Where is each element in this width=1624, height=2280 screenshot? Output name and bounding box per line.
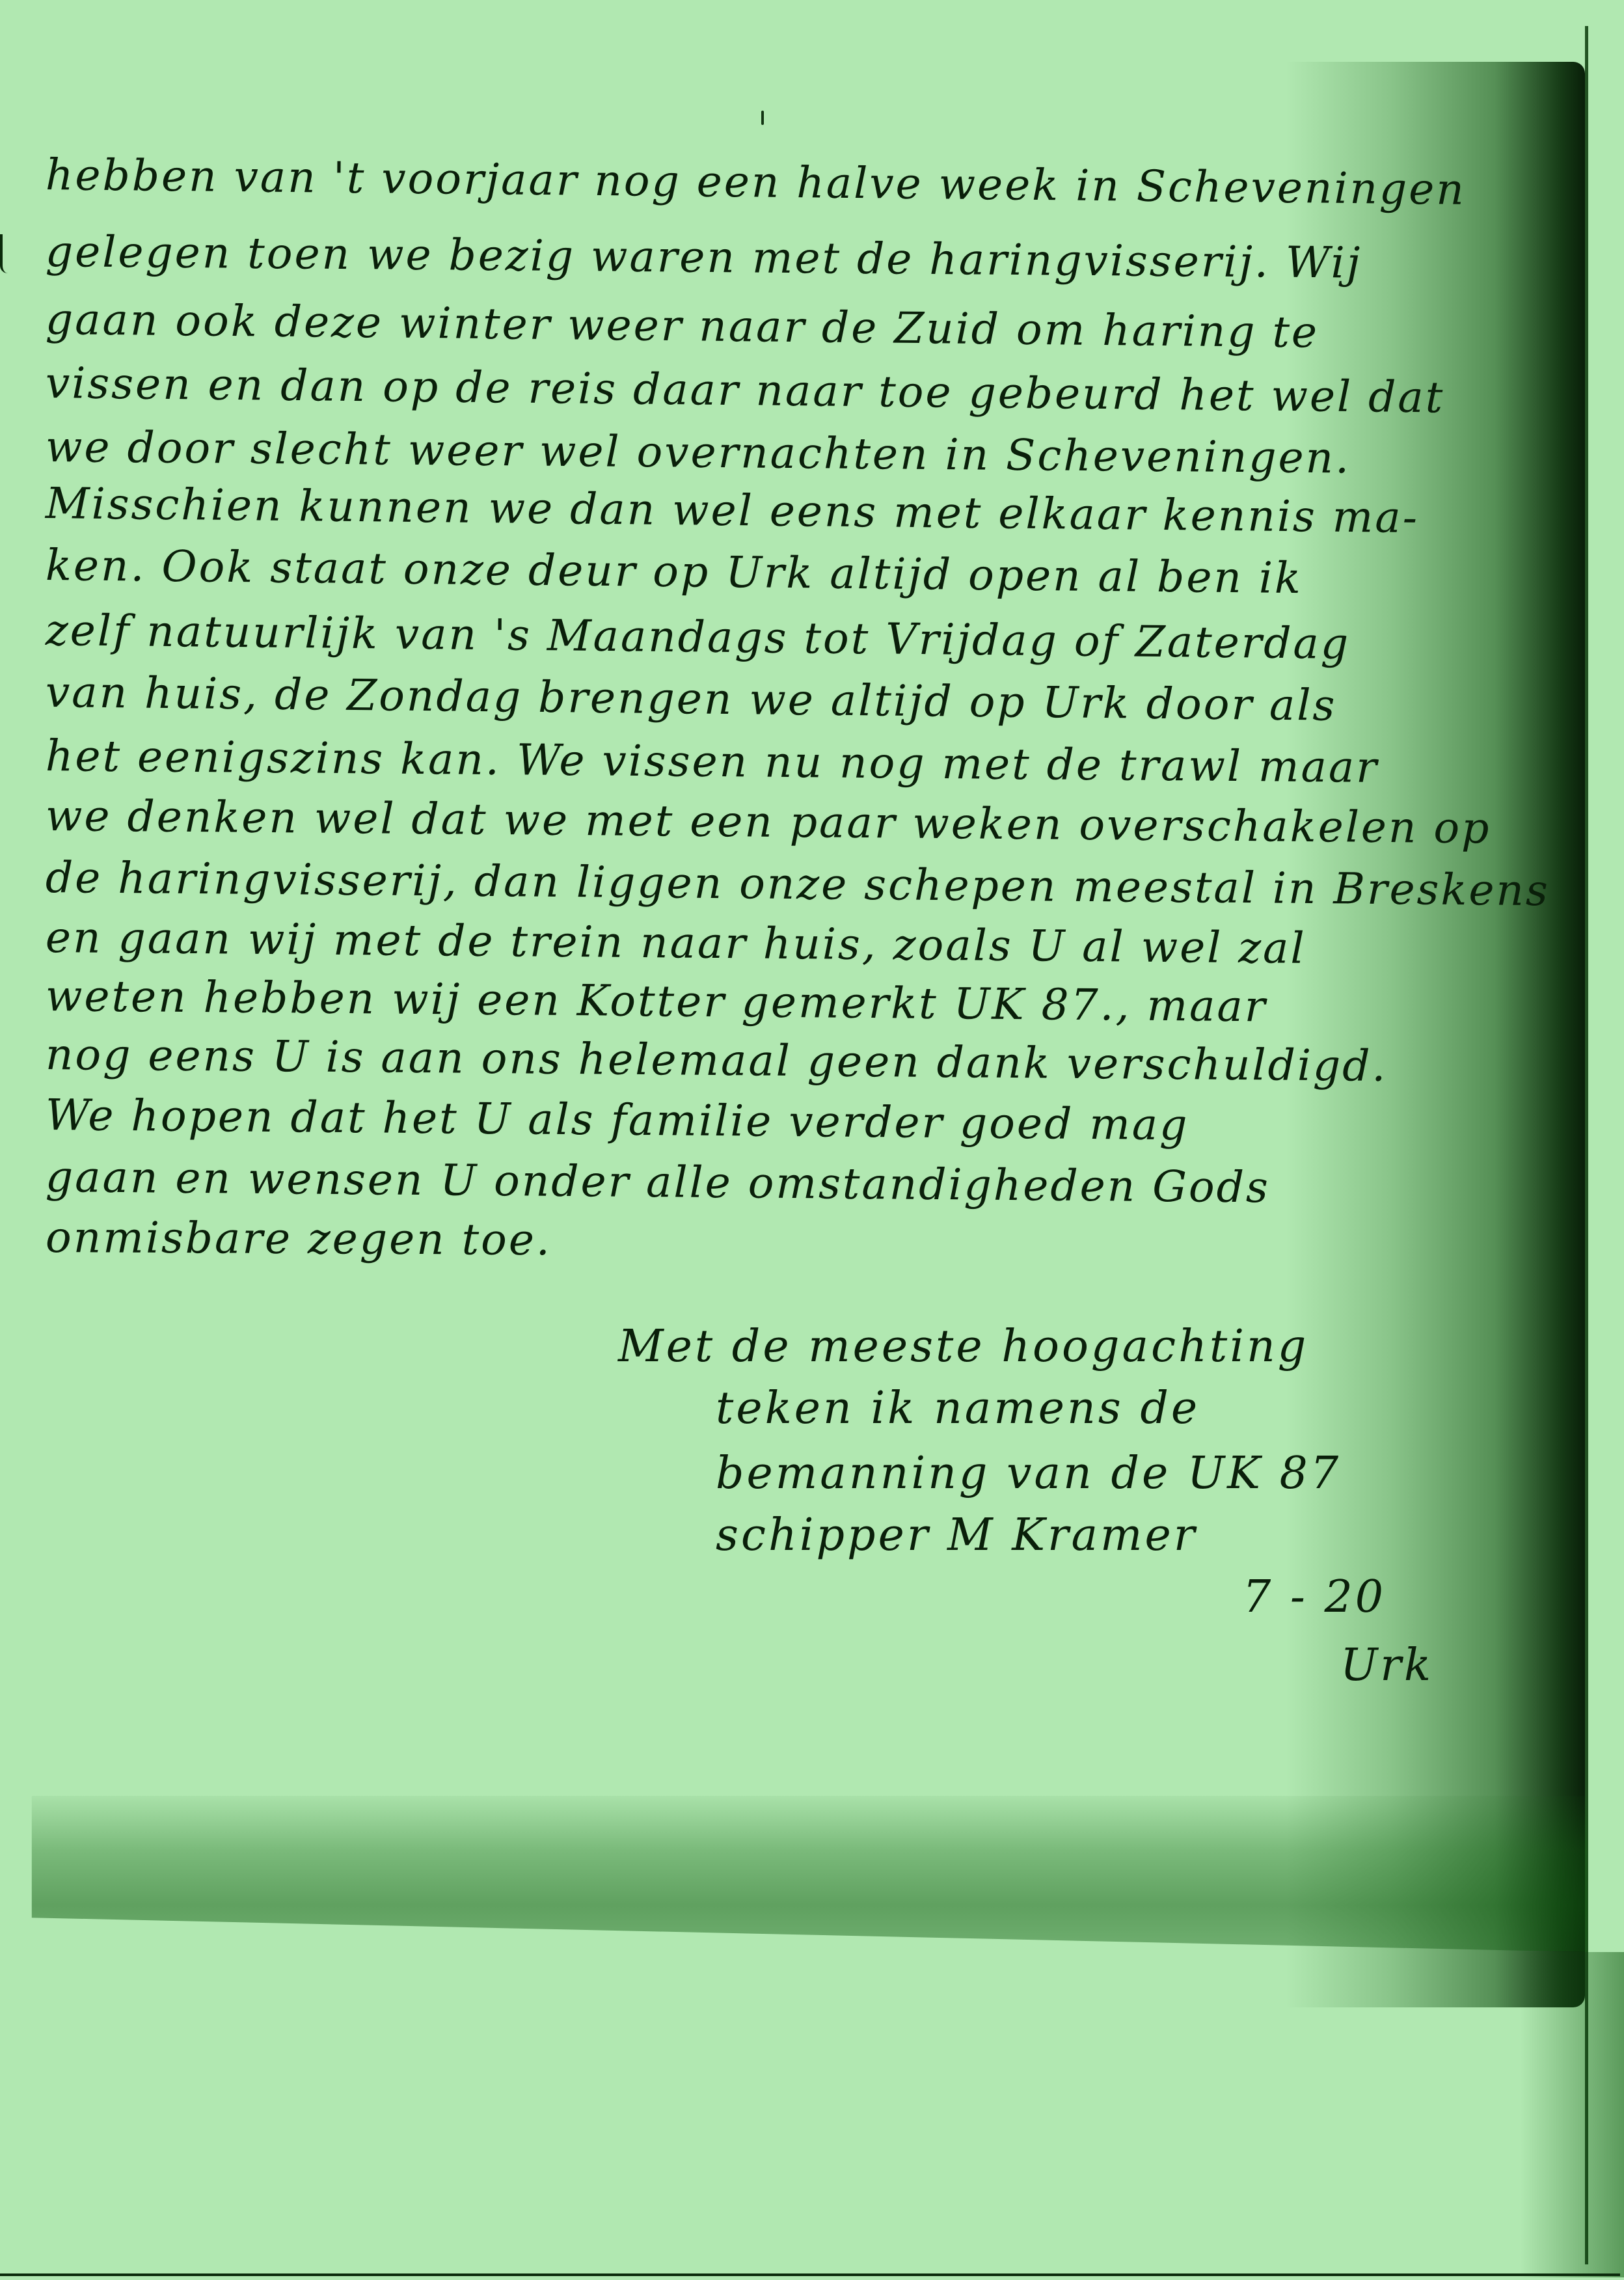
letter-line: en gaan wij met de trein naar huis, zoal… (46, 912, 1306, 973)
letter-line: ken. Ook staat onze deur op Urk altijd o… (46, 540, 1303, 603)
scanned-letter-page: hebben van 't voorjaar nog een halve wee… (0, 0, 1624, 2280)
letter-line: gelegen toen we bezig waren met de harin… (46, 226, 1362, 288)
letter-line: gaan en wensen U onder alle omstandighed… (46, 1152, 1270, 1212)
date-line: 7 - 20 (1243, 1571, 1386, 1623)
place-line: Urk (1340, 1640, 1433, 1691)
scan-shadow-right-lower (1520, 1952, 1624, 2277)
letter-line: onmisbare zegen toe. (46, 1212, 552, 1265)
letter-line: Misschien kunnen we dan wel eens met elk… (46, 478, 1420, 543)
scan-shadow-right (1286, 62, 1585, 2007)
letter-line: het eenigszins kan. We vissen nu nog met… (46, 731, 1379, 793)
closing-line: Met de meeste hoogachting (618, 1321, 1308, 1372)
letter-line: hebben van 't voorjaar nog een halve wee… (46, 150, 1467, 215)
ink-speck (761, 111, 764, 125)
letter-line: weten hebben wij een Kotter gemerkt UK 8… (46, 971, 1267, 1031)
letter-line: van huis, de Zondag brengen we altijd op… (46, 667, 1337, 731)
page-edge-left-mark (0, 234, 8, 273)
closing-line: bemanning van de UK 87 (716, 1448, 1341, 1499)
closing-line: teken ik namens de (716, 1383, 1200, 1434)
letter-line: we denken wel dat we met een paar weken … (46, 791, 1491, 853)
letter-line: We hopen dat het U als familie verder go… (46, 1090, 1189, 1150)
letter-line: we door slecht weer wel overnachten in S… (46, 422, 1351, 483)
letter-line: vissen en dan op de reis daar naar toe g… (46, 358, 1445, 423)
letter-line: zelf natuurlijk van 's Maandags tot Vrij… (46, 605, 1351, 669)
letter-line: gaan ook deze winter weer naar de Zuid o… (46, 294, 1319, 357)
letter-line: nog eens U is aan ons helemaal geen dank… (46, 1029, 1388, 1091)
page-edge-bottom (0, 2273, 1620, 2276)
scan-shadow-bottom (0, 1796, 1588, 1952)
signature-line: schipper M Kramer (716, 1510, 1197, 1561)
